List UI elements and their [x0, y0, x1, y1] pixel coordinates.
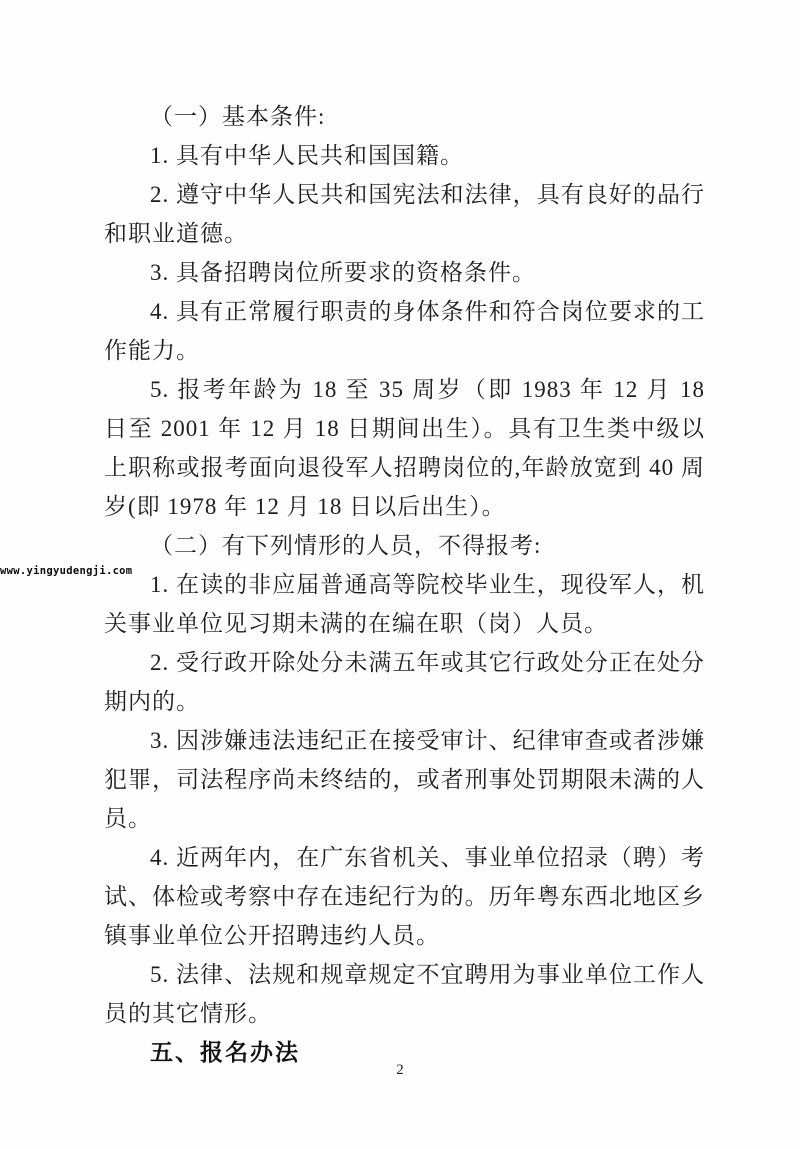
document-body: （一）基本条件: 1. 具有中华人民共和国国籍。 2. 遵守中华人民共和国宪法和… — [104, 97, 705, 1072]
paragraph-ineligible-item-3: 3. 因涉嫌违法违纪正在接受审计、纪律审查或者涉嫌犯罪，司法程序尚未终结的，或者… — [104, 721, 705, 838]
paragraph-basic-item-2: 2. 遵守中华人民共和国宪法和法律，具有良好的品行和职业道德。 — [104, 175, 705, 253]
section-heading-ineligible-persons: （二）有下列情形的人员，不得报考: — [104, 526, 705, 565]
page-number: 2 — [0, 1062, 800, 1079]
paragraph-basic-item-3: 3. 具备招聘岗位所要求的资格条件。 — [104, 253, 705, 292]
paragraph-basic-item-1: 1. 具有中华人民共和国国籍。 — [104, 136, 705, 175]
document-page: www.yingyudengji.com （一）基本条件: 1. 具有中华人民共… — [0, 0, 800, 1149]
paragraph-ineligible-item-4: 4. 近两年内，在广东省机关、事业单位招录（聘）考试、体检或考察中存在违纪行为的… — [104, 838, 705, 955]
paragraph-basic-item-5: 5. 报考年龄为 18 至 35 周岁（即 1983 年 12 月 18 日至 … — [104, 370, 705, 526]
paragraph-ineligible-item-2: 2. 受行政开除处分未满五年或其它行政处分正在处分期内的。 — [104, 643, 705, 721]
paragraph-ineligible-item-1: 1. 在读的非应届普通高等院校毕业生，现役军人，机关事业单位见习期未满的在编在职… — [104, 565, 705, 643]
paragraph-basic-item-4: 4. 具有正常履行职责的身体条件和符合岗位要求的工作能力。 — [104, 292, 705, 370]
paragraph-ineligible-item-5: 5. 法律、法规和规章规定不宜聘用为事业单位工作人员的其它情形。 — [104, 955, 705, 1033]
section-heading-basic-conditions: （一）基本条件: — [104, 97, 705, 136]
